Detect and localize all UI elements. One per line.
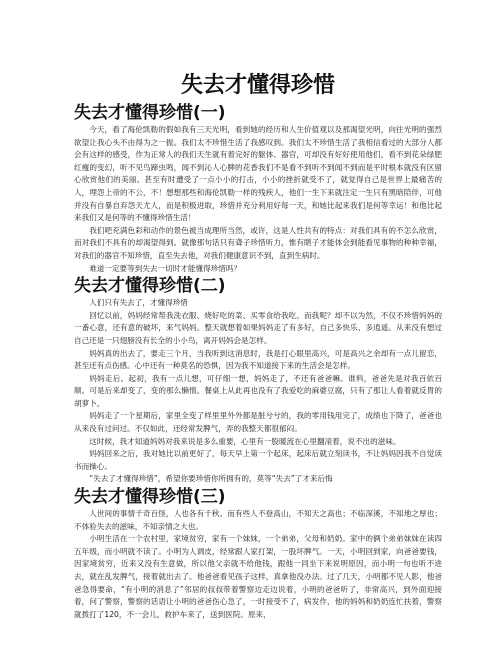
paragraph: 这时候，我才知道妈妈对我来说是多么重要，心里有一股暖流在心里翻滚着，说不出的滋味… [74,436,442,449]
paragraph: 回忆以前，妈妈经常帮我洗衣服、烧好吃的菜、买零食给我吃。而我呢？却不以为然，不仅… [74,310,442,348]
paragraph: 妈妈走后。起初，我有一点儿想，可仔细一想，妈妈走了，不还有爸爸嘛。谁料，爸爸先是… [74,373,442,411]
document-page: 失去才懂得珍惜 失去才懂得珍惜(一) 今天，看了海伦凯勒的假如我有三天光明，看到… [74,72,442,621]
paragraph: 难道一定要等到失去一切时才能懂得珍惜吗？ [74,263,442,276]
section-3: 失去才懂得珍惜(三) 人世间的事情千奇百怪，人也各有千秋。而有些人不登高山，不知… [74,486,442,621]
section-1: 失去才懂得珍惜(一) 今天，看了海伦凯勒的假如我有三天光明，看到她的经历和人生价… [74,102,442,275]
document-title: 失去才懂得珍惜 [74,72,442,100]
section-2: 失去才懂得珍惜(二) 人们只有失去了，才懂得珍惜 回忆以前，妈妈经常帮我洗衣服、… [74,275,442,486]
paragraph: 妈妈真的出去了，要走三个月，当我听到这消息时，我是打心眼里高兴，可是高兴之余却有… [74,348,442,373]
paragraph: 今天，看了海伦凯勒的假如我有三天光明，看到她的经历和人生价值观以及那渴望光明，向… [74,124,442,225]
paragraph: 小明生活在一个农村里，家境贫穷，家有一个妹妹，一个弟弟，父母和奶奶。家中的俩个弟… [74,533,442,621]
section-heading: 失去才懂得珍惜(二) [74,275,442,297]
paragraph: 人世间的事情千奇百怪，人也各有千秋。而有些人不登高山，不知天之高也；不临深溪，不… [74,508,442,533]
paragraph: 我们吧充满色彩和动作的景色被当成理所当然，或许，这是人性共有的特点：对我们具有的… [74,225,442,263]
paragraph: 妈妈回来之后，我对她比以前更好了，每天早上第一个起床，起床后就立刻读书，不让妈妈… [74,448,442,473]
paragraph: 妈妈走了一个星期后，家里全变了样里里外外都是脏兮兮的，我的零用钱用完了，成绩也下… [74,410,442,435]
paragraph: 人们只有失去了，才懂得珍惜 [74,297,442,310]
section-heading: 失去才懂得珍惜(三) [74,486,442,508]
paragraph: “失去了才懂得珍惜”，希望你要珍惜你所拥有的，莫等“失去”了才来后悔 [74,473,442,486]
section-heading: 失去才懂得珍惜(一) [74,102,442,124]
